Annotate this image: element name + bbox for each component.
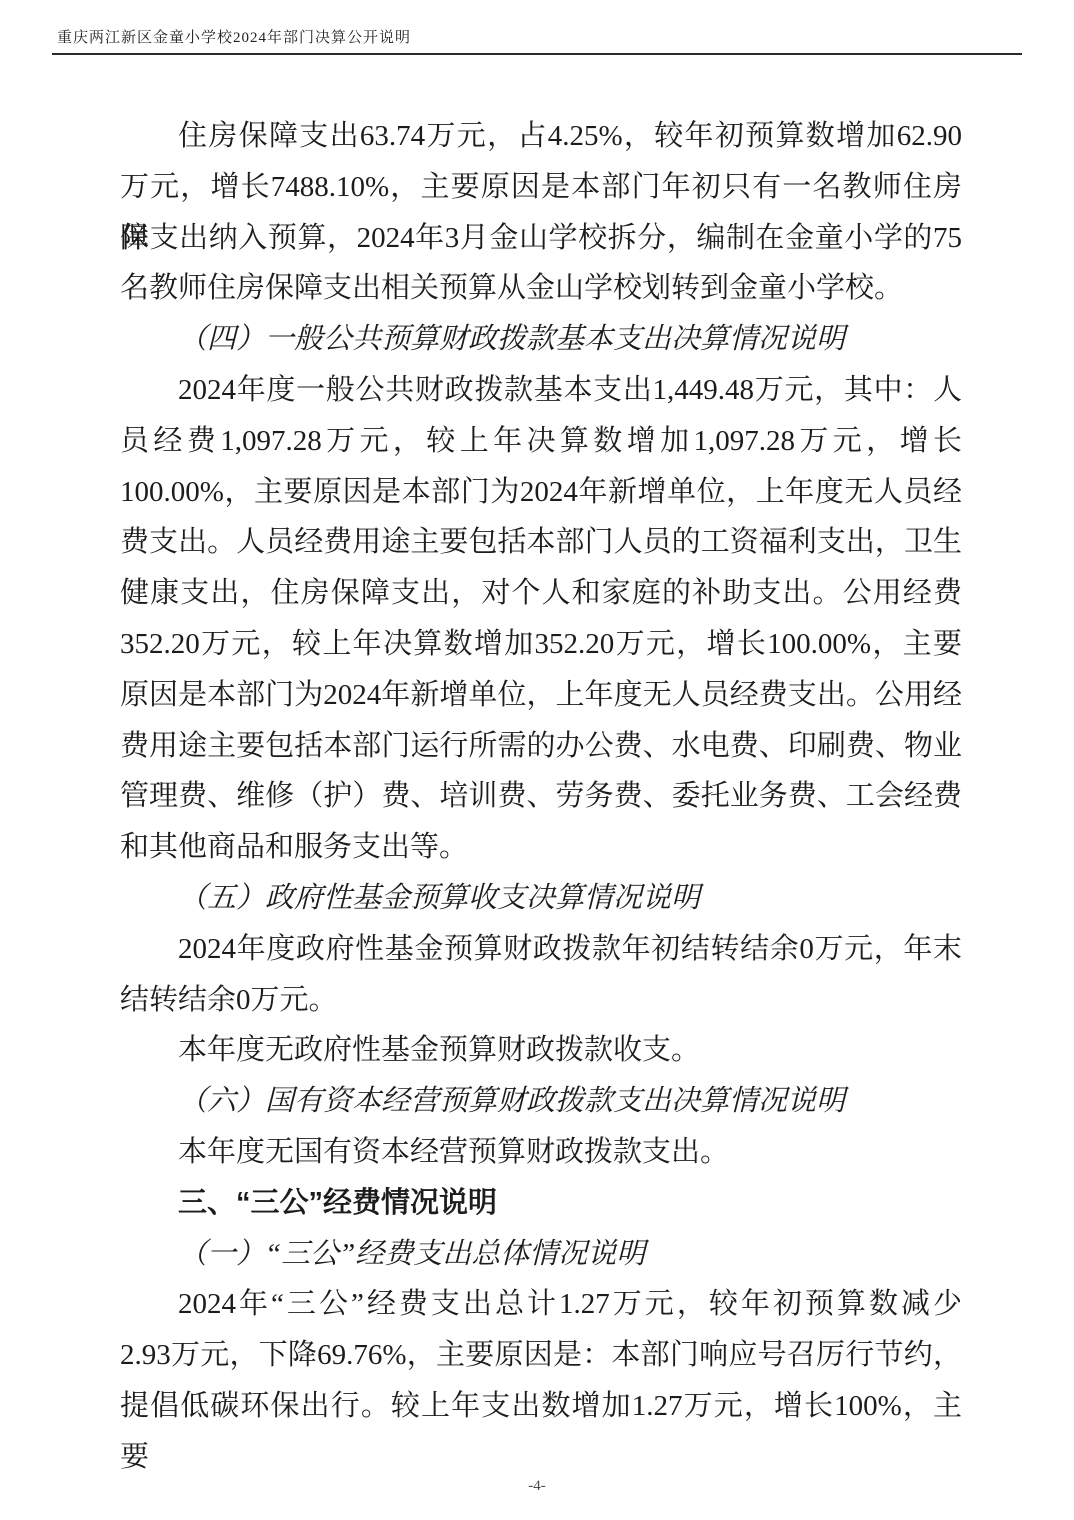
text-line: 管理费、维修（护）费、培训费、劳务费、委托业务费、工会经费 [120,771,962,822]
page-footer: -4- [0,1478,1074,1495]
text-line: 提倡低碳环保出行。较上年支出数增加1.27万元，增长100%，主要 [120,1381,962,1432]
page-number: -4- [528,1478,546,1494]
text-line: 障支出纳入预算，2024年3月金山学校拆分，编制在金童小学的75 [120,213,962,264]
header-rule [52,53,1022,55]
header-title: 重庆两江新区金童小学校2024年部门决算公开说明 [57,26,411,47]
section-heading: （六）国有资本经营预算财政拨款支出决算情况说明 [120,1076,962,1127]
text-line: 2024年度政府性基金预算财政拨款年初结转结余0万元，年末 [120,924,962,975]
text-line: 原因是本部门为2024年新增单位，上年度无人员经费支出。公用经 [120,670,962,721]
text-line: 本年度无国有资本经营预算财政拨款支出。 [120,1127,962,1178]
text-line: 万元，增长7488.10%，主要原因是本部门年初只有一名教师住房保 [120,162,962,213]
text-line: 100.00%，主要原因是本部门为2024年新增单位，上年度无人员经 [120,467,962,518]
text-line: 352.20万元，较上年决算数增加352.20万元，增长100.00%，主要 [120,619,962,670]
document-body: 住房保障支出63.74万元，占4.25%，较年初预算数增加62.90 万元，增长… [120,111,962,1432]
text-line: 2024年度一般公共财政拨款基本支出1,449.48万元，其中：人 [120,365,962,416]
text-line: 健康支出，住房保障支出，对个人和家庭的补助支出。公用经费 [120,568,962,619]
text-line: 和其他商品和服务支出等。 [120,822,962,873]
text-line: 2024年“三公”经费支出总计1.27万元，较年初预算数减少 [120,1279,962,1330]
text-line: 费支出。人员经费用途主要包括本部门人员的工资福利支出，卫生 [120,517,962,568]
section-heading: （四）一般公共预算财政拨款基本支出决算情况说明 [120,314,962,365]
document-page: 重庆两江新区金童小学校2024年部门决算公开说明 住房保障支出63.74万元，占… [0,0,1074,1520]
text-line: 本年度无政府性基金预算财政拨款收支。 [120,1025,962,1076]
section-heading: （一）“三公”经费支出总体情况说明 [120,1229,962,1280]
text-line: 住房保障支出63.74万元，占4.25%，较年初预算数增加62.90 [120,111,962,162]
section-heading: （五）政府性基金预算收支决算情况说明 [120,873,962,924]
text-line: 员经费1,097.28万元，较上年决算数增加1,097.28万元，增长 [120,416,962,467]
text-line: 费用途主要包括本部门运行所需的办公费、水电费、印刷费、物业 [120,721,962,772]
text-line: 结转结余0万元。 [120,975,962,1026]
text-line: 2.93万元，下降69.76%，主要原因是：本部门响应号召厉行节约， [120,1330,962,1381]
chapter-heading: 三、“三公”经费情况说明 [120,1178,962,1229]
text-line: 名教师住房保障支出相关预算从金山学校划转到金童小学校。 [120,263,962,314]
